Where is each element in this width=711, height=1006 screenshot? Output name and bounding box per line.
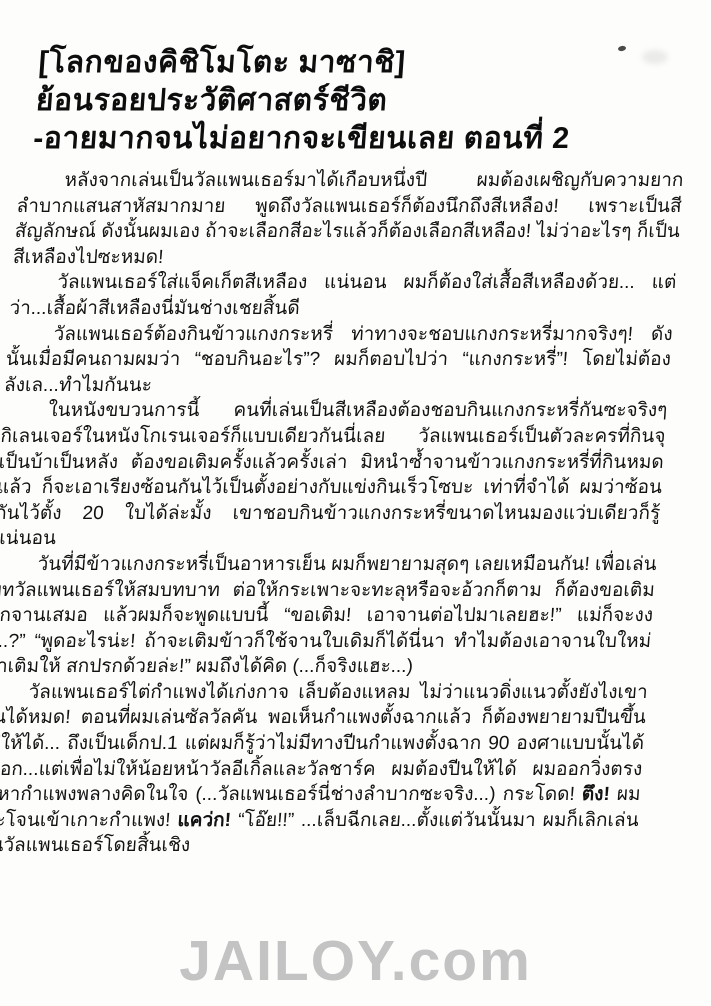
article-content: [โลกของคิชิโมโตะ มาซาชิ]ย้อนรอยประวัติศา…: [0, 44, 693, 859]
scanned-article-page: [โลกของคิชิโมโตะ มาซาชิ]ย้อนรอยประวัติศา…: [0, 0, 711, 1006]
paragraph-1: หลังจากเล่นเป็นวัลแพนเธอร์มาได้เกือบหนึ่…: [12, 168, 684, 270]
paragraph-6: วัลแพนเธอร์ไต่กำแพงได้เก่งกาจ เล็บต้องแห…: [0, 680, 649, 859]
title-line-episode: -อายมากจนไม่อยากจะเขียนเลย ตอนที่ 2: [32, 120, 688, 158]
paragraph-6-sound-effect-1: ตึง!: [581, 784, 610, 805]
paragraph-6-sound-effect-2: แคว่ก!: [177, 810, 232, 831]
paragraph-6-segment-1: วัลแพนเธอร์ไต่กำแพงได้เก่งกาจ เล็บต้องแห…: [0, 682, 648, 805]
scan-smudge-artifact: [642, 50, 668, 64]
article-title: [โลกของคิชิโมโตะ มาซาชิ]ย้อนรอยประวัติศา…: [32, 44, 693, 158]
title-line-subtitle: ย้อนรอยประวัติศาสตร์ชีวิต: [35, 82, 691, 120]
paragraph-3: วัลแพนเธอร์ต้องกินข้าวแกงกระหรี่ ท่าทางจ…: [3, 322, 673, 399]
paragraph-2: วัลแพนเธอร์ใส่แจ็คเก็ตสีเหลือง แน่นอน ผม…: [9, 270, 678, 321]
paragraph-5: วันที่มีข้าวแกงกระหรี่เป็นอาหารเย็น ผมก็…: [0, 552, 657, 680]
watermark-text: JAILOY.com: [0, 928, 711, 994]
title-line-series: [โลกของคิชิโมโตะ มาซาชิ]: [37, 44, 693, 82]
paragraph-4: ในหนังขบวนการนี้ คนที่เล่นเป็นสีเหลืองต้…: [0, 398, 668, 552]
